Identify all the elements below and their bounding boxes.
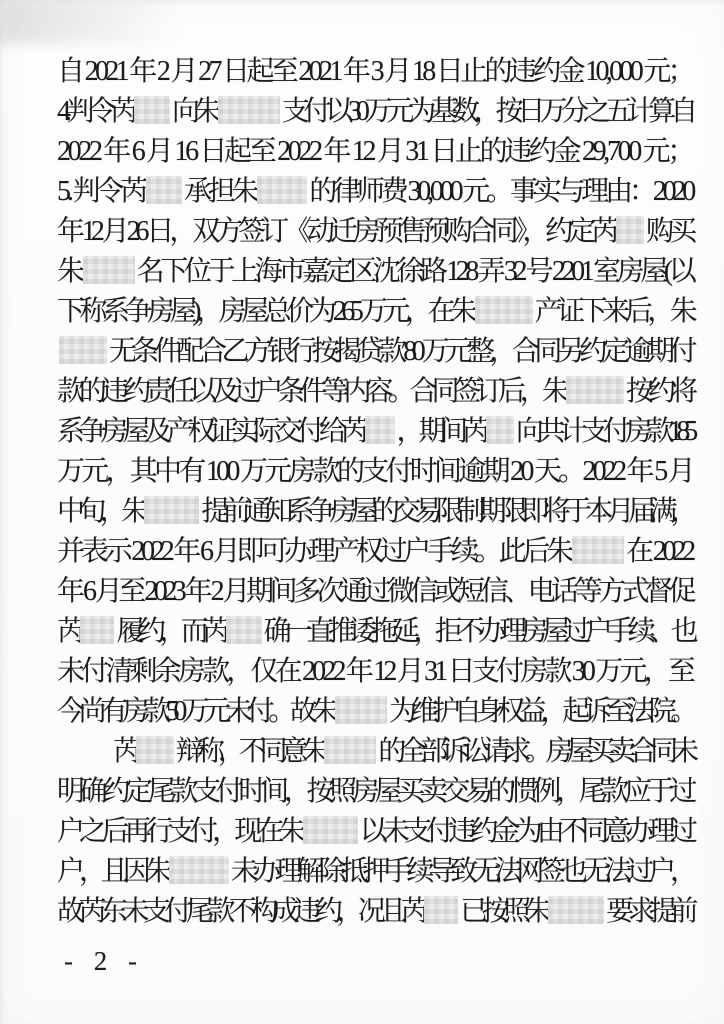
- text-run: 以未支付违约金为由不同意办理过: [360, 816, 692, 847]
- text-run: 未付清剩余房款，仅在 2022 年 12 月 31 日支付房款 30 万元，至: [57, 656, 692, 687]
- text-run: 购买: [646, 216, 692, 247]
- text-run: 自 2021 年 2 月 27 日起至 2021 年 3 月 18 日止的违约金…: [57, 56, 692, 87]
- text-run: 故芮东未支付尾款不构成违约，况且芮: [57, 896, 422, 927]
- document-line: 5. 判令芮承担朱的律师费 30,000 元。事实与理由：2020: [57, 172, 692, 212]
- text-run: ，期间芮: [397, 416, 484, 447]
- redacted-name: [144, 496, 199, 524]
- text-run: 名下位于上海市嘉定区沈徐路 128 弄 32 号 2201 室房屋(以: [137, 256, 693, 287]
- text-run: 朱: [57, 256, 81, 287]
- document-line: 故芮东未支付尾款不构成违约，况且芮已按照朱要求提前: [57, 892, 692, 932]
- redacted-name: [169, 856, 229, 884]
- text-run: 支付以 30 万元为基数，按日万分之五计算自: [282, 96, 692, 127]
- document-line: 朱名下位于上海市嘉定区沈徐路 128 弄 32 号 2201 室房屋(以: [57, 252, 692, 292]
- text-run: 要求提前: [606, 896, 692, 927]
- document-line: 户之后再行支付，现在朱以未支付违约金为由不同意办理过: [57, 812, 692, 852]
- document-line: 明确约定尾款支付时间，按照房屋买卖交易的惯例，尾款应于过: [57, 772, 692, 812]
- text-run: 确一直推诿拖延，拒不办理房屋过户手续、也: [264, 616, 692, 647]
- redacted-name: [365, 416, 395, 444]
- text-run: 万元，其中有 100 万元房款的支付时间逾期 20 天。2022 年 5 月: [57, 456, 692, 487]
- document-line: 未付清剩余房款，仅在 2022 年 12 月 31 日支付房款 30 万元，至: [57, 652, 692, 692]
- text-run: 2022 年 6 月 16 日起至 2022 年 12 月 31 日止的违约金 …: [57, 136, 692, 167]
- text-run: 芮: [57, 616, 78, 647]
- text-run: 无条件配合乙方银行按揭贷款 80 万元整，合同另约定逾期付: [109, 336, 692, 367]
- redacted-name: [616, 216, 644, 244]
- document-line: 系争房屋及产权证实际交付给芮，期间芮向共计支付房款185: [57, 412, 692, 452]
- text-run: 明确约定尾款支付时间，按照房屋买卖交易的惯例，尾款应于过: [57, 776, 692, 807]
- document-line: 年 6 月至 2023 年 2 月期间多次通过微信或短信、电话等方式督促: [57, 572, 692, 612]
- document-line: 年 12 月 26 日，双方签订《动迁房预售预购合同》，约定芮购买: [57, 212, 692, 252]
- redacted-name: [486, 416, 514, 444]
- text-run: 辩称，不同意朱: [176, 736, 322, 767]
- text-run: 履约，而芮: [116, 616, 223, 647]
- document-line: 万元，其中有 100 万元房款的支付时间逾期 20 天。2022 年 5 月: [57, 452, 692, 492]
- redacted-name: [136, 736, 174, 764]
- page-number: - 2 -: [64, 946, 144, 977]
- text-run: 产证下来后，朱: [535, 296, 693, 327]
- document-body: 自 2021 年 2 月 27 日起至 2021 年 3 月 18 日止的违约金…: [57, 52, 692, 932]
- redacted-name: [146, 176, 182, 204]
- text-run: 的全部诉讼请求。房屋买卖合同未: [378, 736, 692, 767]
- text-run: 今尚有房款 50 万元未付。故朱: [57, 696, 333, 727]
- text-run: 在 2022: [626, 536, 692, 567]
- document-line: 芮履约，而芮确一直推诿拖延，拒不办理房屋过户手续、也: [57, 612, 692, 652]
- text-run: 芮: [113, 736, 134, 767]
- redacted-name: [424, 896, 458, 924]
- text-run: 向朱: [172, 96, 216, 127]
- document-line: 户，且因朱未办理解除抵押手续导致无法网签也无法过户，: [57, 852, 692, 892]
- text-run: 5. 判令芮: [57, 176, 144, 207]
- text-run: 中旬，朱: [57, 496, 142, 527]
- document-line: 4. 判令芮向朱支付以 30 万元为基数，按日万分之五计算自: [57, 92, 692, 132]
- text-run: 下称系争房屋)，房屋总价为 265 万元，在朱: [57, 296, 473, 327]
- redacted-name: [303, 816, 358, 844]
- text-run: 向共计支付房款185: [516, 416, 692, 447]
- redacted-name: [548, 896, 604, 924]
- text-run: 按约将: [626, 376, 692, 407]
- text-run: 系争房屋及产权证实际交付给芮: [57, 416, 363, 447]
- text-run: 已按照朱: [460, 896, 546, 927]
- text-run: 年 12 月 26 日，双方签订《动迁房预售预购合同》，约定芮: [57, 216, 614, 247]
- document-line: 芮辩称，不同意朱的全部诉讼请求。房屋买卖合同未: [57, 732, 692, 772]
- redacted-name: [572, 536, 624, 564]
- document-line: 中旬，朱提前通知系争房屋的交易限制期限即将于本月届满，: [57, 492, 692, 532]
- redacted-name: [257, 176, 307, 204]
- text-run: 的律师费 30,000 元。事实与理由：2020: [309, 176, 692, 207]
- redacted-name: [226, 616, 262, 644]
- scan-streak-artifact: [0, 0, 250, 44]
- document-line: 无条件配合乙方银行按揭贷款 80 万元整，合同另约定逾期付: [57, 332, 692, 372]
- redacted-name: [59, 336, 107, 364]
- text-run: 年 6 月至 2023 年 2 月期间多次通过微信或短信、电话等方式督促: [57, 576, 692, 607]
- text-run: 为维护自身权益，起诉至法院。: [389, 696, 692, 727]
- document-line: 2022 年 6 月 16 日起至 2022 年 12 月 31 日止的违约金 …: [57, 132, 692, 172]
- document-page: 自 2021 年 2 月 27 日起至 2021 年 3 月 18 日止的违约金…: [0, 0, 724, 1024]
- text-run: 并表示 2022 年 6 月即可办理产权过户手续。此后朱: [57, 536, 570, 567]
- text-run: 未办理解除抵押手续导致无法网签也无法过户，: [231, 856, 692, 887]
- text-run: 户，且因朱: [57, 856, 167, 887]
- text-run: 4. 判令芮: [57, 96, 132, 127]
- text-run: 承担朱: [184, 176, 255, 207]
- text-run: 提前通知系争房屋的交易限制期限即将于本月届满，: [201, 496, 692, 527]
- redacted-name: [335, 696, 387, 724]
- redacted-name: [83, 256, 135, 284]
- text-run: 款的违约责任以及过户条件等内容。合同签订后，朱: [57, 376, 564, 407]
- document-line: 款的违约责任以及过户条件等内容。合同签订后，朱按约将: [57, 372, 692, 412]
- document-line: 自 2021 年 2 月 27 日起至 2021 年 3 月 18 日止的违约金…: [57, 52, 692, 92]
- redacted-name: [475, 296, 533, 324]
- redacted-name: [218, 96, 280, 124]
- redacted-name: [324, 736, 376, 764]
- redacted-name: [80, 616, 114, 644]
- text-run: 户之后再行支付，现在朱: [57, 816, 301, 847]
- document-line: 下称系争房屋)，房屋总价为 265 万元，在朱产证下来后，朱: [57, 292, 692, 332]
- redacted-name: [134, 96, 170, 124]
- document-line: 今尚有房款 50 万元未付。故朱为维护自身权益，起诉至法院。: [57, 692, 692, 732]
- redacted-name: [566, 376, 624, 404]
- document-line: 并表示 2022 年 6 月即可办理产权过户手续。此后朱在 2022: [57, 532, 692, 572]
